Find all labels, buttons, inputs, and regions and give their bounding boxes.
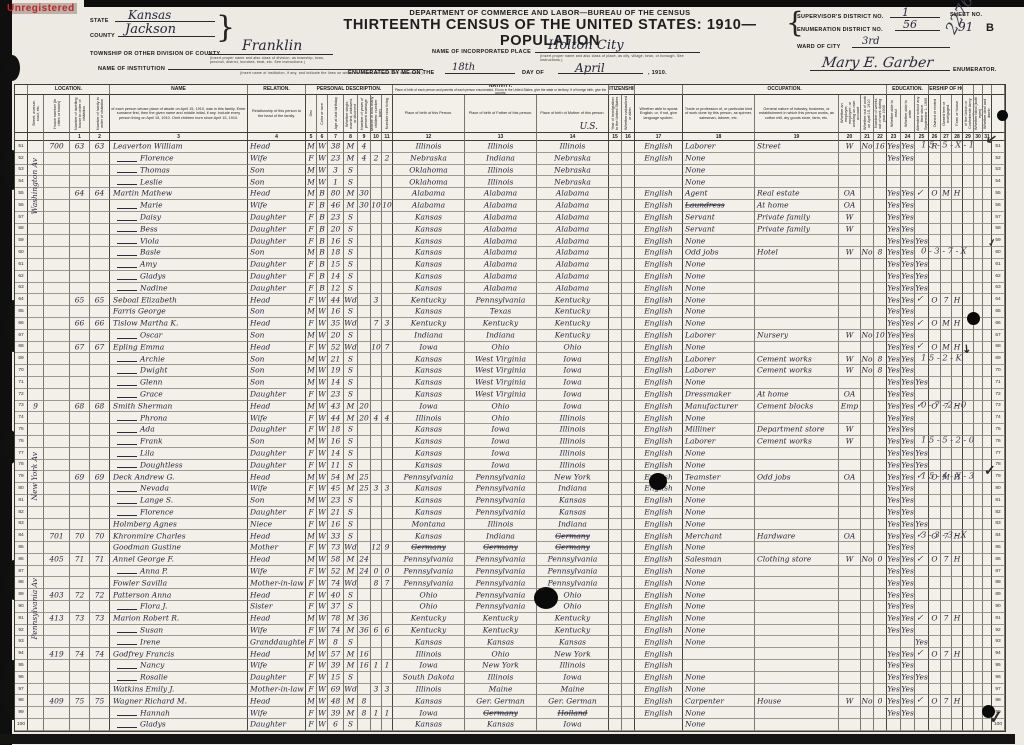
- cell-house: 413: [44, 613, 70, 625]
- cell-ln: 100: [15, 719, 28, 731]
- cell-bp: Iowa: [393, 660, 465, 672]
- ditto-dash: [117, 515, 137, 516]
- cell-age: 23: [328, 495, 344, 507]
- cell-wks: [874, 672, 887, 684]
- cell-bp: Kansas: [393, 283, 465, 295]
- cell-mar: Wd: [344, 684, 358, 696]
- cell-street: [28, 707, 44, 719]
- cell-nat: [622, 318, 635, 330]
- cell-dw: 68: [70, 401, 90, 413]
- cell-fbp: Pennsylvania: [465, 601, 537, 613]
- column-header-rel: Relationship of this person to the head …: [248, 95, 306, 133]
- cell-yrs: [358, 283, 371, 295]
- cell-ln: 59: [15, 235, 28, 247]
- column-number: 25: [915, 133, 929, 141]
- cell-occ: Carpenter: [683, 695, 755, 707]
- column-number: 13: [465, 133, 537, 141]
- cell-fam: [90, 153, 110, 165]
- ditto-dash: [117, 385, 137, 386]
- cell-dw: [70, 448, 90, 460]
- cell-cb: [371, 460, 382, 472]
- cell-imm: [609, 389, 622, 401]
- pencil-check: ✓: [916, 650, 924, 659]
- cell-house: [44, 424, 70, 436]
- cell-fam: [90, 495, 110, 507]
- cell-cb: [371, 507, 382, 519]
- cell-bp: Illinois: [393, 141, 465, 153]
- cell-fh: [952, 519, 963, 531]
- cell-house: [44, 507, 70, 519]
- cell-cl: 7: [382, 577, 393, 589]
- cell-bp: Pennsylvania: [393, 554, 465, 566]
- cell-fbp: Iowa: [465, 460, 537, 472]
- cell-vet: [963, 365, 974, 377]
- cell-fbp: Iowa: [465, 448, 537, 460]
- cell-fbp: Pennsylvania: [465, 495, 537, 507]
- cell-color: W: [317, 589, 328, 601]
- cell-mar: Wd: [344, 318, 358, 330]
- cell-age: 15: [328, 259, 344, 271]
- cell-ind: Street: [755, 141, 839, 153]
- cell-lang: English: [635, 660, 683, 672]
- cell-emp: [839, 648, 861, 660]
- cell-mbp: Alabama: [537, 200, 609, 212]
- cell-street: [28, 519, 44, 531]
- cell-rel: Son: [248, 247, 306, 259]
- cell-house: 700: [44, 141, 70, 153]
- cell-color: B: [317, 200, 328, 212]
- cell-color: W: [317, 294, 328, 306]
- cell-read: [887, 719, 901, 731]
- cell-ind: [755, 165, 839, 177]
- cell-age: 14: [328, 448, 344, 460]
- cell-write: Yes: [901, 684, 915, 696]
- cell-sex: F: [306, 342, 317, 354]
- cell-ind: [755, 660, 839, 672]
- cell-imm: [609, 424, 622, 436]
- cell-ow: [861, 648, 874, 660]
- cell-age: 45: [328, 483, 344, 495]
- cell-lang: English: [635, 294, 683, 306]
- cell-write: Yes: [901, 625, 915, 637]
- cell-ind: At home: [755, 389, 839, 401]
- cell-read: Yes: [887, 577, 901, 589]
- cell-rel: Wife: [248, 200, 306, 212]
- cell-cb: [371, 601, 382, 613]
- column-number: 8: [344, 133, 358, 141]
- cell-ind: [755, 483, 839, 495]
- cell-mort: [941, 719, 952, 731]
- column-number: [15, 133, 28, 141]
- cell-rel: Wife: [248, 412, 306, 424]
- cell-write: Yes: [901, 353, 915, 365]
- cell-yrs: 16: [358, 660, 371, 672]
- cell-df: [983, 636, 992, 648]
- cell-write: Yes: [901, 436, 915, 448]
- cell-ln: 89: [15, 589, 28, 601]
- cell-rel: Wife: [248, 625, 306, 637]
- cell-name: Dwight: [110, 365, 248, 377]
- cell-cb: [371, 259, 382, 271]
- cell-mar: S: [344, 424, 358, 436]
- cell-write: Yes: [901, 707, 915, 719]
- cell-fh: [952, 542, 963, 554]
- cell-rel: Head: [248, 695, 306, 707]
- institution-label: Name of Institution: [98, 66, 165, 72]
- column-header-ind: General nature of industry, business, or…: [755, 95, 839, 133]
- cell-emp: [839, 377, 861, 389]
- column-header-own: Owned or rented: [929, 95, 941, 133]
- cell-mort: [941, 200, 952, 212]
- cell-rel: Daughter: [248, 389, 306, 401]
- cell-emp: W: [839, 353, 861, 365]
- cell-name: Marion Robert R.: [110, 613, 248, 625]
- cell-cl: [382, 672, 393, 684]
- cell-lang: English: [635, 460, 683, 472]
- cell-age: 21: [328, 353, 344, 365]
- cell-ow: [861, 342, 874, 354]
- cell-cb: [371, 224, 382, 236]
- cell-mbp: Nebraska: [537, 153, 609, 165]
- cell-df: [983, 424, 992, 436]
- cell-mort: 7: [941, 294, 952, 306]
- cell-rel: Head: [248, 648, 306, 660]
- cell-ln: 81: [15, 495, 28, 507]
- cell-bp: Kansas: [393, 389, 465, 401]
- cell-fbp: Ohio: [465, 648, 537, 660]
- cell-fh: [952, 707, 963, 719]
- cell-bp: Kentucky: [393, 294, 465, 306]
- cell-sch: [915, 306, 929, 318]
- cell-ind: Department store: [755, 424, 839, 436]
- cell-bp: Nebraska: [393, 153, 465, 165]
- cell-rel: Sister: [248, 601, 306, 613]
- cell-ln: 96: [15, 672, 28, 684]
- cell-fbp: Indiana: [465, 153, 537, 165]
- cell-house: [44, 471, 70, 483]
- ditto-dash: [117, 243, 137, 244]
- cell-vet: [963, 259, 974, 271]
- cell-mar: Wd: [344, 577, 358, 589]
- cell-ow: No: [861, 695, 874, 707]
- cell-age: 23: [328, 389, 344, 401]
- cell-house: [44, 259, 70, 271]
- cell-own: O15-4-X-3: [929, 471, 941, 483]
- township-note: (Insert proper name and also class of di…: [210, 56, 340, 64]
- column-number: 11: [382, 133, 393, 141]
- cell-bld: [974, 483, 983, 495]
- cell-read: Yes: [887, 436, 901, 448]
- cell-rel: Wife: [248, 660, 306, 672]
- cell-read: Yes: [887, 200, 901, 212]
- cell-lang: English: [635, 283, 683, 295]
- cell-dw: [70, 259, 90, 271]
- column-header-write: Whether able to write: [901, 95, 915, 133]
- column-number: [44, 133, 70, 141]
- cell-dw: 64: [70, 188, 90, 200]
- cell-cb: 4: [371, 412, 382, 424]
- cell-df: [983, 306, 992, 318]
- cell-sex: F: [306, 660, 317, 672]
- cell-bp: Kansas: [393, 235, 465, 247]
- cell-wks: [874, 448, 887, 460]
- cell-ln: 88: [15, 577, 28, 589]
- cell-fh: [952, 625, 963, 637]
- cell-ow: [861, 566, 874, 578]
- cell-cl: [382, 176, 393, 188]
- cell-color: W: [317, 625, 328, 637]
- cell-ln: 62: [15, 271, 28, 283]
- cell-color: W: [317, 424, 328, 436]
- cell-occ: None: [683, 577, 755, 589]
- cell-cl: 10: [382, 200, 393, 212]
- cell-fbp: Alabama: [465, 235, 537, 247]
- cell-nat: [622, 495, 635, 507]
- cell-emp: [839, 483, 861, 495]
- cell-ow: [861, 601, 874, 613]
- cell-dw: 66: [70, 318, 90, 330]
- cell-yrs: [358, 460, 371, 472]
- cell-bld: [974, 625, 983, 637]
- cell-read: Yes: [887, 660, 901, 672]
- cell-bld: [974, 460, 983, 472]
- cell-rel: Daughter: [248, 259, 306, 271]
- cell-ow: [861, 389, 874, 401]
- cell-rel: Wife: [248, 153, 306, 165]
- column-header-fbp: Place of birth of Father of this person.: [465, 95, 537, 133]
- cell-yrs: [358, 235, 371, 247]
- cell-mar: M: [344, 412, 358, 424]
- cell-ind: [755, 259, 839, 271]
- cell-ind: Private family: [755, 224, 839, 236]
- cell-yrs: [358, 377, 371, 389]
- cell-ln: 65: [15, 306, 28, 318]
- cell-street: [28, 294, 44, 306]
- cell-mar: Wd: [344, 294, 358, 306]
- cell-sch: ✓: [915, 342, 929, 354]
- cell-ind: [755, 577, 839, 589]
- cell-sex: F: [306, 684, 317, 696]
- cell-sch: Yes: [915, 519, 929, 531]
- cell-vet: [963, 460, 974, 472]
- ink-blot: [967, 312, 980, 325]
- cell-imm: [609, 224, 622, 236]
- cell-df: [983, 577, 992, 589]
- cell-own: [929, 212, 941, 224]
- cell-own: O: [929, 695, 941, 707]
- cell-mbp: Kansas: [537, 495, 609, 507]
- column-number: 18: [683, 133, 755, 141]
- cell-age: 74: [328, 577, 344, 589]
- cell-yrs: 36: [358, 625, 371, 637]
- cell-ind: [755, 153, 839, 165]
- cell-street: [28, 412, 44, 424]
- cell-yrs: [358, 448, 371, 460]
- cell-own: O: [929, 613, 941, 625]
- cell-age: 58: [328, 554, 344, 566]
- cell-lang: English: [635, 672, 683, 684]
- cell-fh: [952, 212, 963, 224]
- cell-lang: English: [635, 188, 683, 200]
- cell-imm: [609, 636, 622, 648]
- pencil-check: ✓: [916, 614, 924, 623]
- cell-yrs: [358, 224, 371, 236]
- cell-yrs: [358, 247, 371, 259]
- cell-occ: None: [683, 719, 755, 731]
- cell-ow: [861, 495, 874, 507]
- cell-fh: [952, 636, 963, 648]
- cell-yrs: [358, 330, 371, 342]
- street-name-label: Washington Av: [30, 158, 39, 214]
- cell-nat: [622, 436, 635, 448]
- cell-mbp: Ohio: [537, 342, 609, 354]
- cell-rel: Wife: [248, 566, 306, 578]
- cell-sch: [915, 200, 929, 212]
- cell-ow: [861, 401, 874, 413]
- column-number: 10: [371, 133, 382, 141]
- cell-mort: [941, 389, 952, 401]
- cell-df: [983, 672, 992, 684]
- cell-cl: [382, 636, 393, 648]
- cell-read: Yes: [887, 554, 901, 566]
- cell-age: 39: [328, 707, 344, 719]
- cell-bld: [974, 648, 983, 660]
- cell-nat: [622, 507, 635, 519]
- cell-wks: [874, 294, 887, 306]
- cell-own: [929, 483, 941, 495]
- cell-nat: [622, 625, 635, 637]
- cell-street: [28, 353, 44, 365]
- cell-bp: Iowa: [393, 342, 465, 354]
- cell-emp: [839, 271, 861, 283]
- cell-street: [28, 247, 44, 259]
- cell-street: [28, 507, 44, 519]
- cell-mar: S: [344, 436, 358, 448]
- cell-read: Yes: [887, 566, 901, 578]
- cell-sch: [915, 589, 929, 601]
- cell-mort: [941, 460, 952, 472]
- column-header-age: Age at last birthday: [328, 95, 344, 133]
- cell-df: [983, 342, 992, 354]
- cell-rel: Son: [248, 306, 306, 318]
- column-number: 30: [974, 133, 983, 141]
- cell-read: Yes: [887, 318, 901, 330]
- cell-ow: [861, 589, 874, 601]
- cell-ln2: 80: [992, 483, 1005, 495]
- cell-ow: [861, 283, 874, 295]
- cell-wks: [874, 200, 887, 212]
- cell-mort: [941, 483, 952, 495]
- cell-color: W: [317, 165, 328, 177]
- column-header-read: Whether able to read: [887, 95, 901, 133]
- cell-own: O3-3-3-X: [929, 530, 941, 542]
- cell-cl: [382, 294, 393, 306]
- cell-emp: [839, 589, 861, 601]
- column-header-bld: Whether blind (both eyes): [974, 95, 983, 133]
- cell-cl: 7: [382, 342, 393, 354]
- cell-cb: 6: [371, 625, 382, 637]
- cell-occ: Laborer: [683, 353, 755, 365]
- cell-sex: F: [306, 412, 317, 424]
- cell-wks: [874, 507, 887, 519]
- cell-lang: English: [635, 436, 683, 448]
- cell-cb: [371, 188, 382, 200]
- cell-rel: Head: [248, 342, 306, 354]
- cell-bld: [974, 271, 983, 283]
- cell-fam: [90, 377, 110, 389]
- cell-cb: [371, 672, 382, 684]
- cell-fh: [952, 589, 963, 601]
- cell-mar: M: [344, 660, 358, 672]
- cell-own: [929, 259, 941, 271]
- cell-lang: English: [635, 330, 683, 342]
- cell-ow: [861, 377, 874, 389]
- cell-write: [901, 165, 915, 177]
- cell-read: [887, 176, 901, 188]
- cell-nat: [622, 401, 635, 413]
- cell-age: 16: [328, 436, 344, 448]
- cell-mar: S: [344, 235, 358, 247]
- cell-own: [929, 707, 941, 719]
- cell-cb: [371, 519, 382, 531]
- cell-age: 23: [328, 212, 344, 224]
- margin-tally-marks: 0-3-7-X: [921, 248, 999, 257]
- cell-ln2: 52: [992, 153, 1005, 165]
- cell-write: Yes: [901, 318, 915, 330]
- cell-nat: [622, 306, 635, 318]
- cell-name: Fowler Savilla: [110, 577, 248, 589]
- cell-ow: [861, 235, 874, 247]
- cell-ln: 92: [15, 625, 28, 637]
- cell-age: 35: [328, 318, 344, 330]
- cell-fh: H: [952, 695, 963, 707]
- cell-vet: [963, 200, 974, 212]
- cell-cl: [382, 365, 393, 377]
- cell-lang: English: [635, 271, 683, 283]
- cell-nat: [622, 377, 635, 389]
- cell-dw: [70, 165, 90, 177]
- ditto-dash: [117, 420, 137, 421]
- cell-fbp: Alabama: [465, 271, 537, 283]
- cell-cl: [382, 165, 393, 177]
- cell-street: [28, 719, 44, 731]
- cell-own: [929, 542, 941, 554]
- cell-color: W: [317, 389, 328, 401]
- cell-yrs: [358, 601, 371, 613]
- cell-wks: [874, 212, 887, 224]
- cell-bld: [974, 212, 983, 224]
- cell-write: Yes: [901, 401, 915, 413]
- cell-cb: [371, 247, 382, 259]
- cell-lang: English: [635, 412, 683, 424]
- cell-rel: Daughter: [248, 235, 306, 247]
- cell-emp: W: [839, 695, 861, 707]
- ditto-dash: [117, 727, 137, 728]
- cell-fbp: Alabama: [465, 283, 537, 295]
- county-value: Jackson: [125, 22, 176, 37]
- cell-sex: F: [306, 235, 317, 247]
- cell-ind: [755, 448, 839, 460]
- cell-cl: [382, 648, 393, 660]
- cell-ind: [755, 707, 839, 719]
- cell-name: Farris George: [110, 306, 248, 318]
- cell-yrs: [358, 353, 371, 365]
- cell-mbp: Alabama: [537, 224, 609, 236]
- cell-nat: [622, 707, 635, 719]
- column-header-cl: Number now living: [382, 95, 393, 133]
- cell-lang: English: [635, 318, 683, 330]
- cell-wks: [874, 719, 887, 731]
